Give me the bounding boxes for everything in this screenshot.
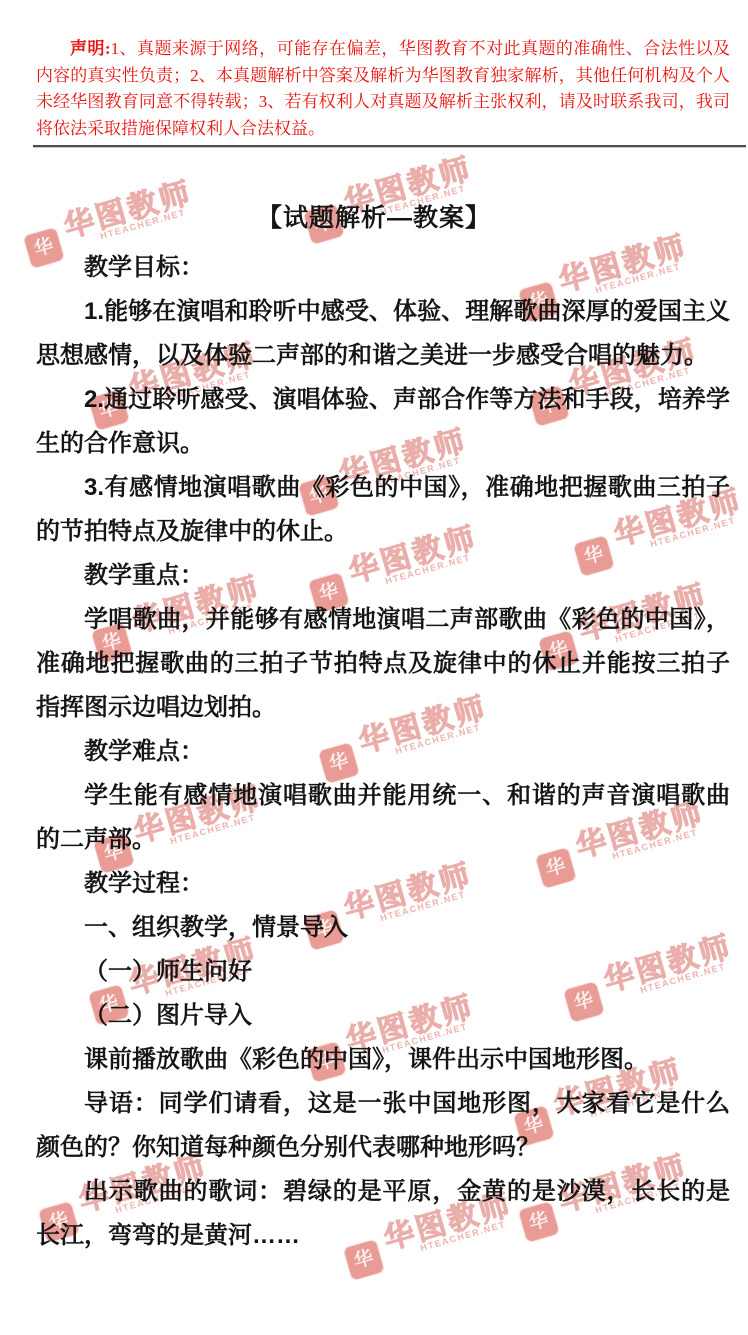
- page-title: 【试题解析—教案】: [0, 196, 748, 240]
- body-paragraph: 导语：同学们请看，这是一张中国地形图，大家看它是什么颜色的？你知道每种颜色分别代…: [36, 1082, 730, 1170]
- disclaimer-label: 声明:: [70, 39, 111, 58]
- lesson-plan-body: 教学目标：1.能够在演唱和聆听中感受、体验、理解歌曲深厚的爱国主义思想感情，以及…: [36, 246, 730, 1258]
- document-content: 声明:1、真题来源于网络，可能存在偏差，华图教育不对此真题的准确性、合法性以及内…: [0, 0, 748, 1335]
- section-heading: 一、组织教学，情景导入: [36, 906, 730, 950]
- body-paragraph: （二）图片导入: [36, 994, 730, 1038]
- body-paragraph: 2.通过聆听感受、演唱体验、声部合作等方法和手段，培养学生的合作意识。: [36, 378, 730, 466]
- body-paragraph: （一）师生问好: [36, 950, 730, 994]
- section-heading: 教学过程：: [36, 862, 730, 906]
- body-paragraph: 1.能够在演唱和聆听中感受、体验、理解歌曲深厚的爱国主义思想感情，以及体验二声部…: [36, 290, 730, 378]
- body-paragraph: 学唱歌曲，并能够有感情地演唱二声部歌曲《彩色的中国》，准确地把握歌曲的三拍子节拍…: [36, 598, 730, 730]
- disclaimer-text: 声明:1、真题来源于网络，可能存在偏差，华图教育不对此真题的准确性、合法性以及内…: [36, 36, 730, 142]
- body-paragraph: 出示歌曲的歌词：碧绿的是平原，金黄的是沙漠，长长的是长江，弯弯的是黄河……: [36, 1170, 730, 1258]
- section-heading: 教学难点：: [36, 730, 730, 774]
- section-heading: 教学重点：: [36, 554, 730, 598]
- disclaimer-body: 1、真题来源于网络，可能存在偏差，华图教育不对此真题的准确性、合法性以及内容的真…: [36, 39, 730, 138]
- body-paragraph: 课前播放歌曲《彩色的中国》，课件出示中国地形图。: [36, 1038, 730, 1082]
- body-paragraph: 学生能有感情地演唱歌曲并能用统一、和谐的声音演唱歌曲的二声部。: [36, 774, 730, 862]
- body-paragraph: 3.有感情地演唱歌曲《彩色的中国》，准确地把握歌曲三拍子的节拍特点及旋律中的休止…: [36, 466, 730, 554]
- document-page: 华 华图教师 HTEACHER.NET 华 华图教师 HTEACHER.NET …: [0, 0, 748, 1335]
- section-heading: 教学目标：: [36, 246, 730, 290]
- horizontal-divider: [33, 145, 746, 148]
